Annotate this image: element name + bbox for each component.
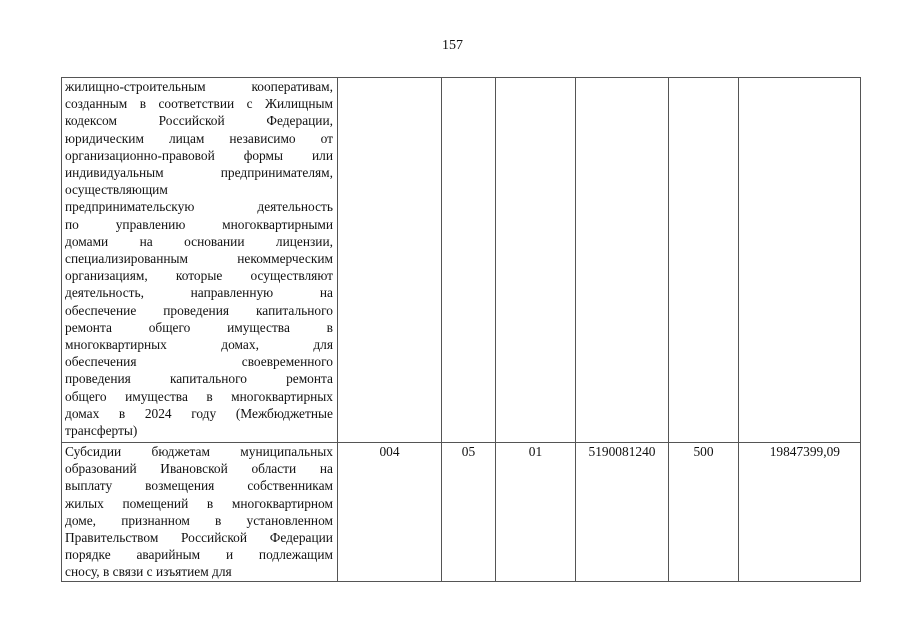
description-line: многоквартирныхдомах,для <box>65 336 333 353</box>
description-line: предпринимательскуюдеятельность <box>65 198 333 215</box>
description-line: жилыхпомещенийвмногоквартирном <box>65 495 333 512</box>
description-line: ремонтаобщегоимуществав <box>65 319 333 336</box>
description-line: проведениякапитальногоремонта <box>65 370 333 387</box>
description-line: домаминаоснованиилицензии, <box>65 233 333 250</box>
budget-table: жилищно-строительнымкооперативам,созданн… <box>61 77 861 582</box>
subsection-cell <box>496 78 576 443</box>
description-line: общегоимуществавмногоквартирных <box>65 388 333 405</box>
target-article-cell <box>576 78 669 443</box>
description-line: специализированнымнекоммерческим <box>65 250 333 267</box>
section-cell: 05 <box>442 443 496 582</box>
description-line: жилищно-строительнымкооперативам, <box>65 78 333 95</box>
description-line: индивидуальнымпредпринимателям, <box>65 164 333 181</box>
description-line: порядкеаварийнымиподлежащим <box>65 546 333 563</box>
description-line: организационно-правовойформыили <box>65 147 333 164</box>
section-cell <box>442 78 496 443</box>
description-line: обеспечениясвоевременного <box>65 353 333 370</box>
description-line: созданнымвсоответствиисЖилищным <box>65 95 333 112</box>
description-line: осуществляющим <box>65 181 333 198</box>
description-line: кодексомРоссийскойФедерации, <box>65 112 333 129</box>
subsection-cell: 01 <box>496 443 576 582</box>
description-line: деятельность,направленнуюна <box>65 284 333 301</box>
description-line: поуправлениюмногоквартирными <box>65 216 333 233</box>
description-line: домахв2024году(Межбюджетные <box>65 405 333 422</box>
table-row: Субсидиибюджетаммуниципальныхобразований… <box>62 443 861 582</box>
amount-cell: 19847399,09 <box>739 443 861 582</box>
ministry-code-cell: 004 <box>338 443 442 582</box>
page-number: 157 <box>0 38 905 54</box>
description-line: трансферты) <box>65 422 333 439</box>
expense-type-cell <box>669 78 739 443</box>
amount-cell <box>739 78 861 443</box>
description-line: доме,признанномвустановленном <box>65 512 333 529</box>
table-row: жилищно-строительнымкооперативам,созданн… <box>62 78 861 443</box>
description-line: юридическимлицамнезависимоот <box>65 130 333 147</box>
description-line: ПравительствомРоссийскойФедерации <box>65 529 333 546</box>
target-article-cell: 5190081240 <box>576 443 669 582</box>
expense-type-cell: 500 <box>669 443 739 582</box>
description-cell: Субсидиибюджетаммуниципальныхобразований… <box>62 443 338 582</box>
description-line: обеспечениепроведениякапитального <box>65 302 333 319</box>
description-line: сносу, в связи с изъятием для <box>65 563 333 580</box>
description-line: организациям,которыеосуществляют <box>65 267 333 284</box>
description-line: выплатувозмещениясобственникам <box>65 477 333 494</box>
description-line: образованийИвановскойобластина <box>65 460 333 477</box>
ministry-code-cell <box>338 78 442 443</box>
description-line: Субсидиибюджетаммуниципальных <box>65 443 333 460</box>
description-cell: жилищно-строительнымкооперативам,созданн… <box>62 78 338 443</box>
